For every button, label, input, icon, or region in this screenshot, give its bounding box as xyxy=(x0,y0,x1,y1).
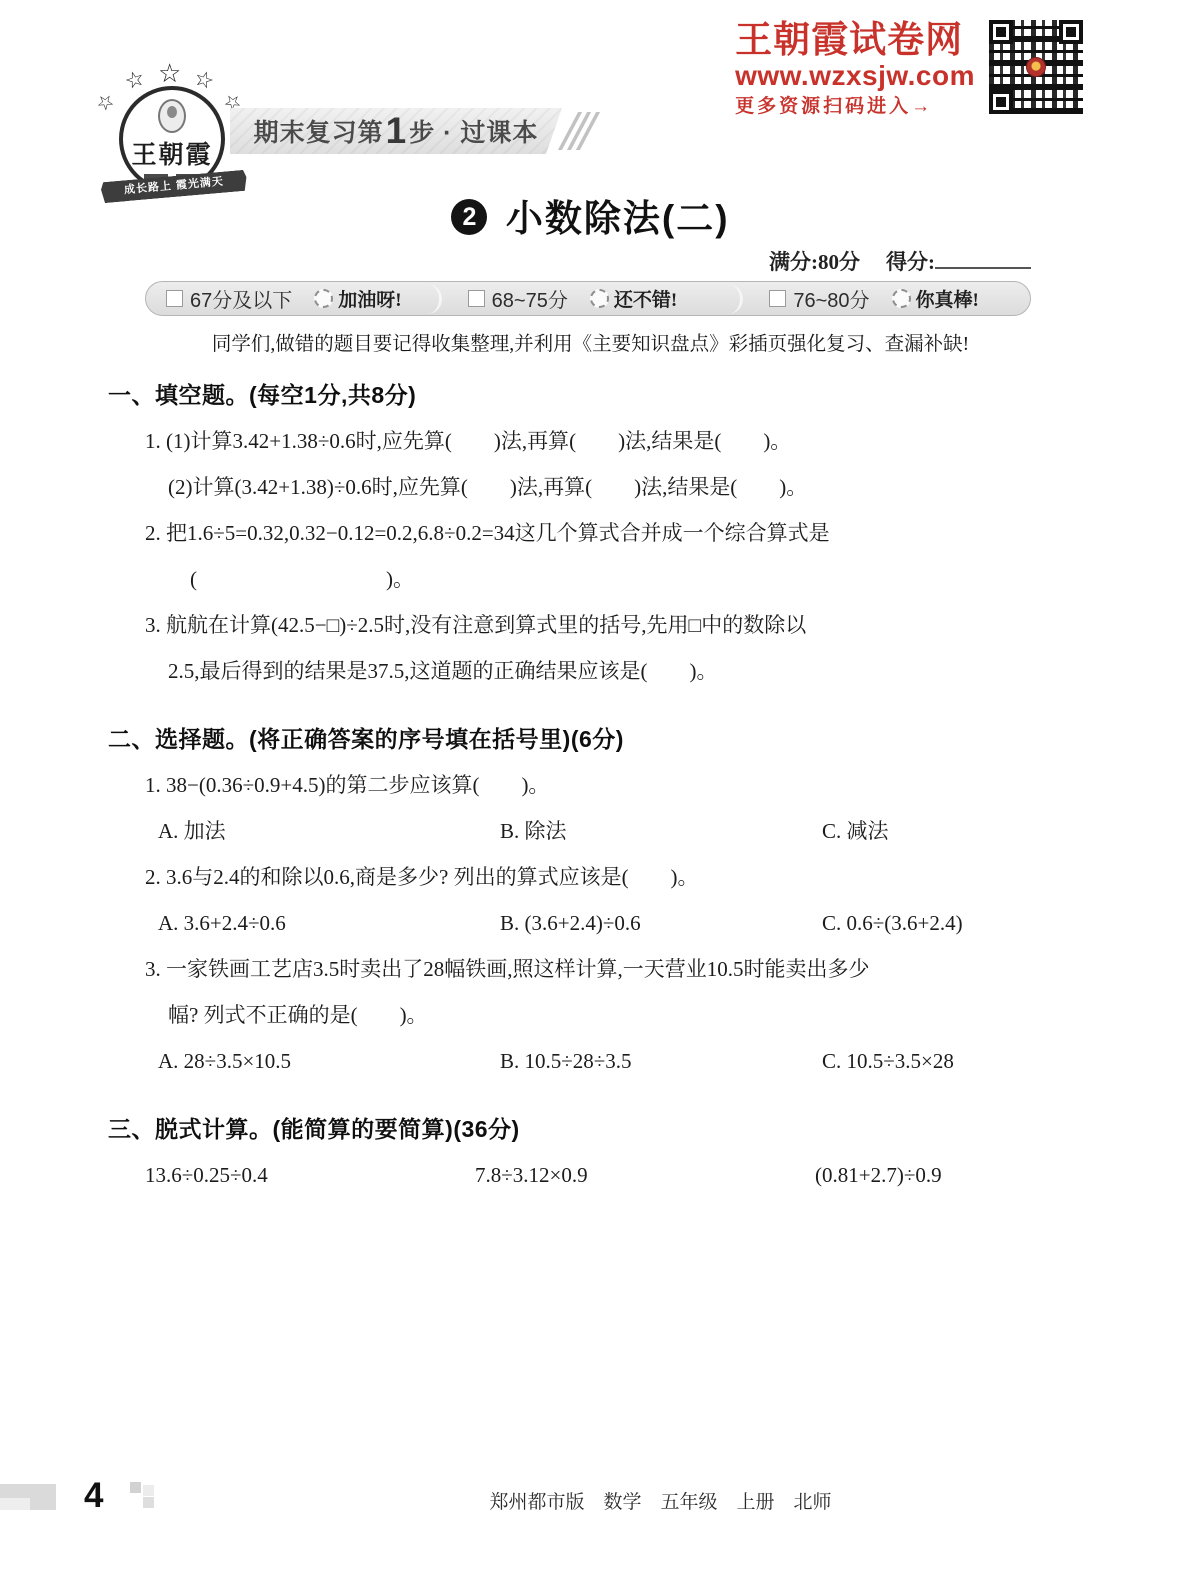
s2-q1: 1. 38−(0.36÷0.9+4.5)的第二步应该算( )。 xyxy=(108,762,1085,808)
score-segment-low: 67分及以下 加油呀! xyxy=(146,284,427,313)
section2-heading: 二、选择题。(将正确答案的序号填在括号里)(6分) xyxy=(108,716,1085,762)
option-b: B. 10.5÷28÷3.5 xyxy=(500,1038,822,1084)
smiley-face-icon xyxy=(892,289,911,308)
s1-q1-line2: (2)计算(3.42+1.38)÷0.6时,应先算( )法,再算( )法,结果是… xyxy=(108,464,1085,510)
comment-label: 还不错! xyxy=(614,285,677,312)
section3-heading: 三、脱式计算。(能简算的要简算)(36分) xyxy=(108,1106,1085,1152)
footer-bar-decor xyxy=(0,1498,30,1510)
checkbox-low[interactable] xyxy=(166,290,183,307)
score-blank xyxy=(935,253,1031,269)
star-icon: ☆ xyxy=(158,59,181,89)
s3-expressions: 13.6÷0.25÷0.4 7.8÷3.12×0.9 (0.81+2.7)÷0.… xyxy=(108,1152,1085,1198)
range-label: 76~80分 xyxy=(793,284,869,313)
option-a: A. 3.6+2.4÷0.6 xyxy=(158,900,500,946)
range-label: 67分及以下 xyxy=(190,284,292,313)
s2-q2: 2. 3.6与2.4的和除以0.6,商是多少? 列出的算式应该是( )。 xyxy=(108,854,1085,900)
qr-finder-icon xyxy=(989,20,1013,44)
star-icon: ☆ xyxy=(90,87,119,117)
option-b: B. (3.6+2.4)÷0.6 xyxy=(500,900,822,946)
range-label: 68~75分 xyxy=(492,284,568,313)
page-number: 4 xyxy=(84,1476,103,1516)
lesson-title-row: 2 小数除法(二) xyxy=(0,188,1181,242)
book-info: 郑州都市版 数学 五年级 上册 北师 xyxy=(140,1487,1181,1514)
s1-q1-line1: 1. (1)计算3.42+1.38÷0.6时,应先算( )法,再算( )法,结果… xyxy=(108,418,1085,464)
worksheet-page: 王朝霞试卷网 www.wzxsjw.com 更多资源扫码进入→ ☆ ☆ ☆ ☆ … xyxy=(0,0,1181,1582)
checkbox-high[interactable] xyxy=(769,290,786,307)
score-line: 满分:80分得分: xyxy=(769,246,1031,276)
review-step-band: 期末复习第 1 步 · 过课本 xyxy=(230,108,562,154)
lesson-number-badge: 2 xyxy=(451,199,487,235)
option-c: C. 减法 xyxy=(822,808,1085,854)
brand-text: 王朝霞试卷网 www.wzxsjw.com 更多资源扫码进入→ xyxy=(735,20,975,120)
qr-center-logo-icon xyxy=(1026,57,1046,77)
expression-2: 7.8÷3.12×0.9 xyxy=(475,1152,815,1198)
expression-3: (0.81+2.7)÷0.9 xyxy=(815,1152,1085,1198)
option-c: C. 10.5÷3.5×28 xyxy=(822,1038,1085,1084)
band-prefix: 期末复习第 xyxy=(254,113,384,149)
brand-tagline: 更多资源扫码进入→ xyxy=(735,94,975,120)
full-score-label: 满分:80分 xyxy=(769,250,860,274)
expression-1: 13.6÷0.25÷0.4 xyxy=(145,1152,475,1198)
s2-q1-options: A. 加法 B. 除法 C. 减法 xyxy=(108,808,1085,854)
brand-block: 王朝霞试卷网 www.wzxsjw.com 更多资源扫码进入→ xyxy=(735,20,1083,120)
qr-finder-icon xyxy=(1059,20,1083,44)
score-label: 得分: xyxy=(886,250,935,274)
checkbox-mid[interactable] xyxy=(468,290,485,307)
option-a: A. 加法 xyxy=(158,808,500,854)
smiley-face-icon xyxy=(590,289,609,308)
comment-label: 你真棒! xyxy=(916,285,979,312)
option-c: C. 0.6÷(3.6+2.4) xyxy=(822,900,1085,946)
s1-q3-line2: 2.5,最后得到的结果是37.5,这道题的正确结果应该是( )。 xyxy=(108,648,1085,694)
option-b: B. 除法 xyxy=(500,808,822,854)
band-suffix: 步 · 过课本 xyxy=(409,113,538,149)
segment-separator xyxy=(728,284,743,314)
score-segment-high: 76~80分 你真棒! xyxy=(749,284,1030,313)
brand-site-name: 王朝霞试卷网 xyxy=(735,20,975,60)
section1-heading: 一、填空题。(每空1分,共8分) xyxy=(108,372,1085,418)
s2-q3-line1: 3. 一家铁画工艺店3.5时卖出了28幅铁画,照这样计算,一天营业10.5时能卖… xyxy=(108,946,1085,992)
smiley-face-icon xyxy=(314,289,333,308)
s1-q2-line2: ( )。 xyxy=(108,556,1085,602)
portrait-icon xyxy=(158,99,186,133)
qr-finder-icon xyxy=(989,90,1013,114)
s1-q3-line1: 3. 航航在计算(42.5−□)÷2.5时,没有注意到算式里的括号,先用□中的数… xyxy=(108,602,1085,648)
band-step-number: 1 xyxy=(384,110,410,152)
segment-separator xyxy=(427,284,442,314)
s1-q2-line1: 2. 把1.6÷5=0.32,0.32−0.12=0.2,6.8÷0.2=34这… xyxy=(108,510,1085,556)
option-a: A. 28÷3.5×10.5 xyxy=(158,1038,500,1084)
s2-q3-options: A. 28÷3.5×10.5 B. 10.5÷28÷3.5 C. 10.5÷3.… xyxy=(108,1038,1085,1084)
score-range-bar: 67分及以下 加油呀! 68~75分 还不错! 76~80分 你真棒! xyxy=(145,281,1031,316)
brand-site-url: www.wzxsjw.com xyxy=(735,60,975,92)
question-content: 一、填空题。(每空1分,共8分) 1. (1)计算3.42+1.38÷0.6时,… xyxy=(108,372,1085,1198)
lesson-title: 小数除法(二) xyxy=(506,198,730,239)
badge-name: 王朝霞 xyxy=(131,135,212,171)
score-segment-mid: 68~75分 还不错! xyxy=(448,284,729,313)
qr-code-icon xyxy=(989,20,1083,114)
band-slash-decor xyxy=(558,112,600,150)
star-icon: ☆ xyxy=(122,66,148,96)
study-notice: 同学们,做错的题目要记得收集整理,并利用《主要知识盘点》彩插页强化复习、查漏补缺… xyxy=(100,328,1081,356)
s2-q2-options: A. 3.6+2.4÷0.6 B. (3.6+2.4)÷0.6 C. 0.6÷(… xyxy=(108,900,1085,946)
comment-label: 加油呀! xyxy=(338,285,401,312)
s2-q3-line2: 幅? 列式不正确的是( )。 xyxy=(108,992,1085,1038)
